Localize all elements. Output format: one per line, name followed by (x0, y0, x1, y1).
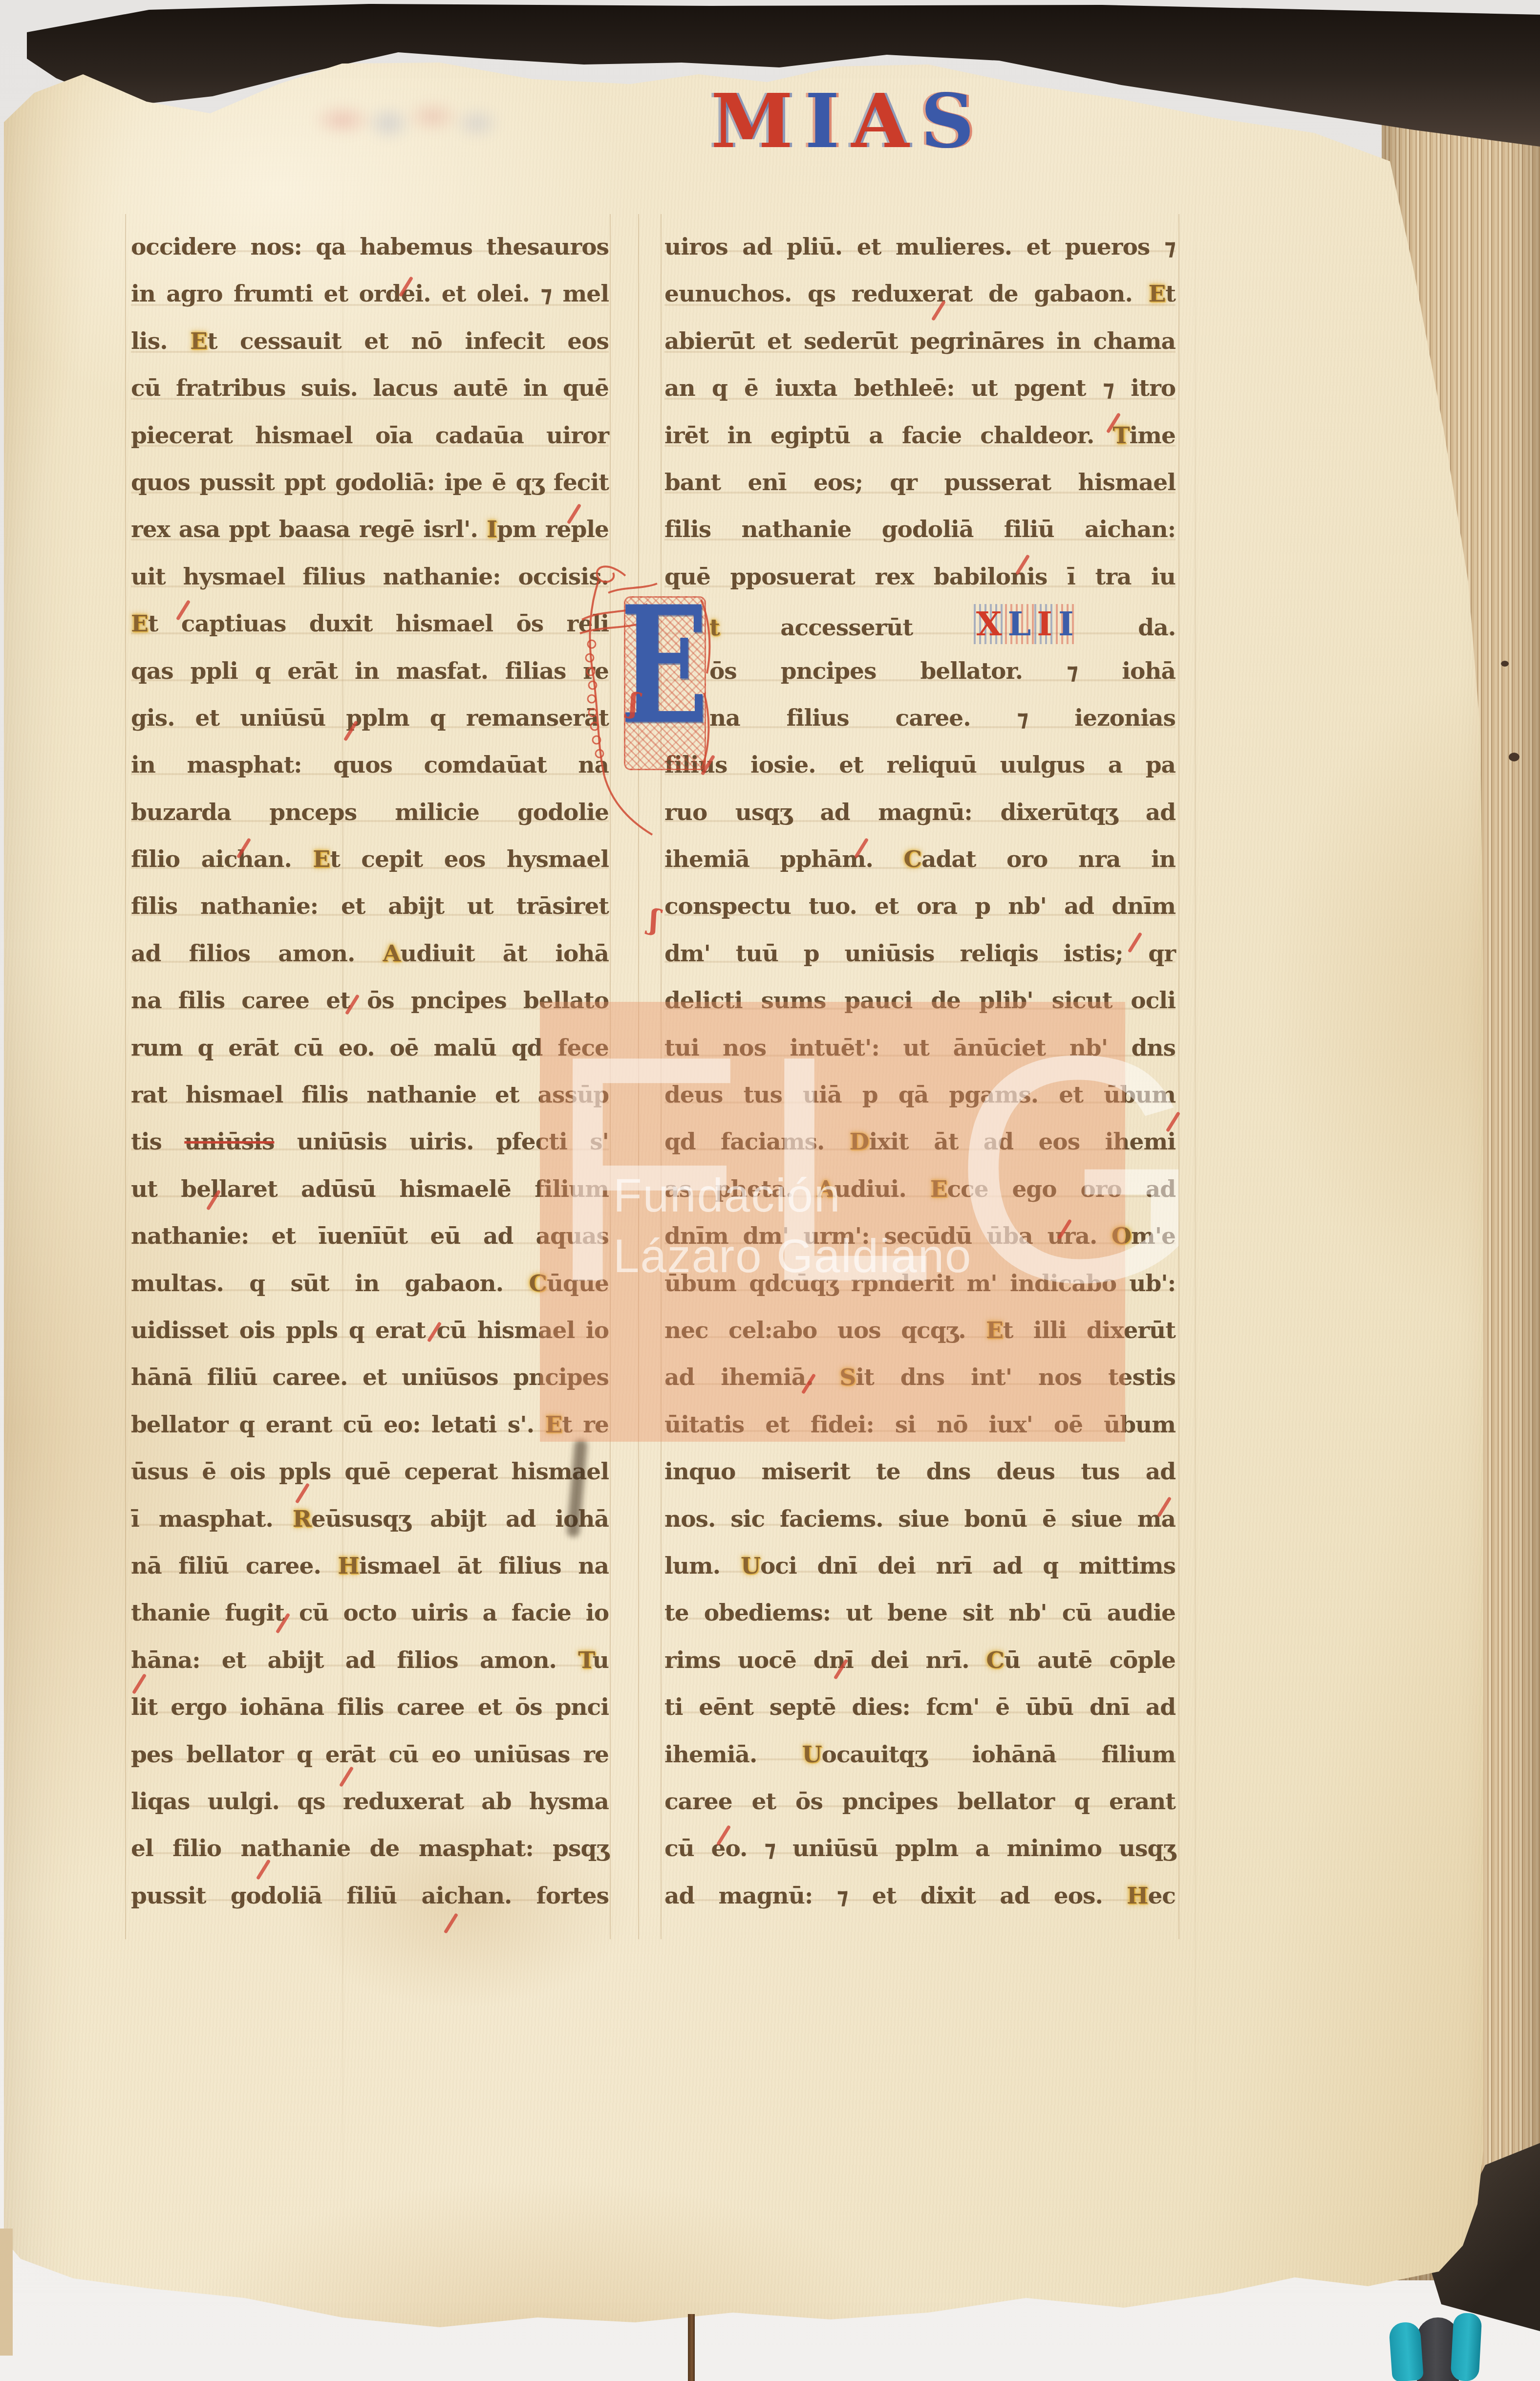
text-line: bant enī eos; qr pusserat hismael (664, 459, 1176, 506)
text-line: ad ihemiā. Sit dns int' nos testis (664, 1354, 1176, 1401)
text: m'e (1131, 1223, 1176, 1250)
text-line: ut bellaret adūsū hismaelē filium (131, 1166, 609, 1213)
text: nā filiū caree. (131, 1553, 338, 1580)
text-line: ad filios amon. Audiuit āt iohā (131, 931, 609, 977)
text-line: ad magnū: ⁊ et dixit ad eos. Hec (664, 1873, 1176, 1920)
text-column-right: uiros ad pliū. et mulieres. et pueros ⁊e… (664, 224, 1176, 1920)
text-line: na filis caree et ōs pncipes bellato (131, 977, 609, 1024)
text-line: Et captiuas duxit hismael ōs reli (131, 601, 609, 648)
text: t cessauit et nō infecit eos (207, 328, 609, 355)
text-line: nec cel:abo uos qcqʒ. Et illi dixerūt (664, 1307, 1176, 1354)
text-line: hāna: et abijt ad filios amon. Tu (131, 1637, 609, 1684)
text: ime (1130, 422, 1176, 449)
text: buzarda pnceps milicie godolie (131, 799, 609, 826)
text: u (593, 1647, 609, 1674)
text-line: piecerat hismael oīa cadaūa uiror (131, 412, 609, 459)
text: ī masphat. (131, 1506, 293, 1533)
text: filio aichan. (131, 846, 313, 873)
text-line: tis uniūsis uniūsis uiris. pfecti s' (131, 1119, 609, 1166)
text-line: quos pussit ppt godoliā: ipe ē qʒ fecit (131, 459, 609, 506)
text: pes bellator q erāt cū eo uniūsas re (131, 1741, 609, 1768)
gold-text: T (578, 1647, 593, 1674)
strike-text: uniūsis (184, 1128, 274, 1155)
gold-text: E (986, 1317, 1003, 1344)
gold-text: H (338, 1553, 359, 1580)
chapter-numeral-letter: I (1034, 604, 1056, 644)
text-line: rat hismael filis nathanie et assūp (131, 1072, 609, 1119)
text: dnīm dm' urm': secūdū ūba ura. (664, 1223, 1112, 1250)
text: cū eo. ⁊ uniūsū pplm a minimo usqʒ (664, 1835, 1176, 1862)
text: te obediems: ut bene sit nb' cū audie (664, 1600, 1176, 1626)
text-line: lum. Uoci dnī dei nrī ad q mittims (664, 1543, 1176, 1590)
text: lis. (131, 328, 190, 355)
text-line: conspectu tuo. et ora p nb' ad dnīm (664, 883, 1176, 930)
fore-edge-spot (1509, 753, 1519, 761)
text: filis nathanie: et abijt ut trāsiret (131, 893, 609, 920)
text: udiuit āt iohā (400, 940, 609, 967)
gold-text: E (190, 328, 207, 355)
text: rims uocē dnī dei nrī. (664, 1647, 986, 1674)
gold-text: E (1148, 281, 1165, 307)
text-line: in agro frumti et ordei. et olei. ⁊ mel (131, 271, 609, 318)
text: filius iosie. et reliquū uulgus a pa (664, 752, 1176, 779)
gold-text: U (741, 1553, 760, 1580)
text: caree et ōs pncipes bellator q erant (664, 1788, 1176, 1815)
text-line: lis. Et cessauit et nō infecit eos (131, 318, 609, 365)
text-line: ōs pncipes bellator. ⁊ iohā (664, 648, 1176, 695)
text: irēt in egiptū a facie chaldeor. (664, 422, 1113, 449)
text: rex asa ppt baasa regē isrl'. (131, 516, 487, 543)
text-line: an q ē iuxta bethleē: ut pgent ⁊ itro (664, 365, 1176, 412)
text: da. (1077, 614, 1176, 641)
text: uiros ad pliū. et mulieres. et pueros ⁊ (664, 234, 1176, 260)
text-line: pes bellator q erāt cū eo uniūsas re (131, 1732, 609, 1778)
ink-bleedthrough-smudge (313, 87, 513, 153)
text-line: filis nathanie: et abijt ut trāsiret (131, 883, 609, 930)
text-line: ūbum qdcūqʒ rpnderit m' indicabo ub': (664, 1260, 1176, 1307)
ruling-line (1178, 214, 1179, 1939)
text: abierūt et sederūt pegrināres in chama (664, 328, 1176, 355)
text-line: nā filiū caree. Hismael āt filius na (131, 1543, 609, 1590)
text-line: quē pposuerat rex babilonis ī tra iu (664, 554, 1176, 601)
text: it dns int' nos testis (856, 1364, 1176, 1391)
text: rum q erāt cū eo. oē malū qd fece (131, 1035, 609, 1061)
text: an q ē iuxta bethleē: ut pgent ⁊ itro (664, 375, 1176, 402)
text: filis nathanie godoliā filiū aichan: (664, 516, 1176, 543)
text: bellator q erant cū eo: letati s'. (131, 1411, 545, 1438)
text-line: ti eēnt septē dies: fcm' ē ūbū dnī ad (664, 1684, 1176, 1731)
illuminated-initial-block: E (579, 546, 718, 844)
text: delicti sums pauci de plib' sicut ocli (664, 987, 1176, 1014)
text: deus tus uiā p qā pgams. et ūbum (664, 1082, 1176, 1108)
text: cū fratribus suis. lacus autē in quē (131, 375, 609, 402)
text: ixit āt ad eos ihemi (869, 1128, 1176, 1155)
text: nathanie: et īuenīūt eū ad aquas (131, 1223, 609, 1250)
text-line: dnīm dm' urm': secūdū ūba ura. Om'e (664, 1213, 1176, 1260)
text-line: ihemiā pphām. Cadat oro nra in (664, 836, 1176, 883)
gold-text: A (383, 940, 400, 967)
text: inquo miserit te dns deus tus ad (664, 1458, 1176, 1485)
text-line: ūitatis et fidei: si nō iux' oē ūbum (664, 1402, 1176, 1449)
text: tis (131, 1128, 184, 1155)
chapter-numeral-letter: I (1056, 604, 1077, 644)
text: ūbum qdcūqʒ rpnderit m' indicabo ub': (664, 1270, 1176, 1297)
text-line: dm' tuū p uniūsis reliqis istis; qr (664, 931, 1176, 977)
gold-text: C (986, 1647, 1004, 1674)
running-title-letter: S (920, 84, 974, 162)
text: na filis caree et ōs pncipes bellato (131, 987, 609, 1014)
text-column-left: occidere nos: qa habemus thesaurosin agr… (131, 224, 609, 1920)
text-line: qas ppli q erāt in masfat. filias re (131, 648, 609, 695)
text: ihemiā. (664, 1741, 802, 1768)
text-line: te obediems: ut bene sit nb' cū audie (664, 1590, 1176, 1637)
chapter-numeral-letter: L (1005, 604, 1034, 644)
text: tui nos intuēt': ut ānūciet nb' dns (664, 1035, 1176, 1061)
text: ad filios amon. (131, 940, 383, 967)
text-line: delicti sums pauci de plib' sicut ocli (664, 977, 1176, 1024)
chapter-numeral-letter: X (974, 604, 1005, 644)
text-line: thanie fugit cū octo uiris a facie io (131, 1590, 609, 1637)
text-line: na filius caree. ⁊ iezonias (664, 695, 1176, 742)
text: occidere nos: qa habemus thesauros (131, 234, 609, 260)
gold-text: C (904, 846, 921, 873)
text: cce ego oro ad (947, 1176, 1176, 1203)
text: ti eēnt septē dies: fcm' ē ūbū dnī ad (664, 1694, 1176, 1721)
text: in agro frumti et ordei. et olei. ⁊ mel (131, 281, 609, 307)
text-line: gis. et uniūsū pplm q remanserāt (131, 695, 609, 742)
text: conspectu tuo. et ora p nb' ad dnīm (664, 893, 1176, 920)
text: adat oro nra in (921, 846, 1176, 873)
text-line: filis nathanie godoliā filiū aichan: (664, 506, 1176, 553)
text-line: ūsus ē ois ppls quē ceperat hismael (131, 1449, 609, 1495)
running-title: MIAS (711, 84, 974, 162)
parchment-crease (1195, 156, 1196, 2233)
text-line: bellator q erant cū eo: letati s'. Et re (131, 1402, 609, 1449)
text-line: ī masphat. Reūsusqʒ abijt ad iohā (131, 1496, 609, 1543)
text: liqas uulgi. qs reduxerat ab hysma (131, 1788, 609, 1815)
text: accesserūt (720, 614, 974, 641)
text-line: caree et ōs pncipes bellator q erant (664, 1778, 1176, 1825)
text: qd faciams. (664, 1128, 850, 1155)
text-line: ruo usqʒ ad magnū: dixerūtqʒ ad (664, 789, 1176, 836)
text: ut bellaret adūsū hismaelē filium (131, 1176, 609, 1203)
under-page-edge (0, 2229, 13, 2356)
text: ec (1148, 1883, 1176, 1909)
text-line: uit hysmael filius nathanie: occisis. (131, 554, 609, 601)
text: ismael āt filius na (359, 1553, 609, 1580)
gold-text: E (545, 1411, 562, 1438)
text: uit hysmael filius nathanie: occisis. (131, 563, 609, 590)
ruling-line (661, 214, 662, 1939)
gold-text: I (487, 516, 497, 543)
text-line: irēt in egiptū a facie chaldeor. Time (664, 412, 1176, 459)
text-line: multas. q sūt in gabaon. Cūque (131, 1260, 609, 1307)
text: udiui. (834, 1176, 930, 1203)
text: ōs pncipes bellator. ⁊ iohā (709, 658, 1176, 685)
clamp-teal-right (1450, 2313, 1482, 2381)
gold-text: U (802, 1741, 822, 1768)
text: piecerat hismael oīa cadaūa uiror (131, 422, 609, 449)
chapter-opening-line: t accesserūt XLII da. (664, 601, 1176, 648)
text: ad magnū: ⁊ et dixit ad eos. (664, 1883, 1127, 1909)
text-line: abierūt et sederūt pegrināres in chama (664, 318, 1176, 365)
text: el filio nathanie de masphat: psqʒ (131, 1835, 609, 1862)
text: ruo usqʒ ad magnū: dixerūtqʒ ad (664, 799, 1176, 826)
gold-text: E (131, 610, 148, 637)
gold-text: C (529, 1270, 546, 1297)
illuminated-initial-letter: E (620, 584, 708, 746)
text-line: eunuchos. qs reduxerat de gabaon. Et (664, 271, 1176, 318)
text: ūitatis et fidei: si nō iux' oē ūbum (664, 1411, 1176, 1438)
text: lit ergo iohāna filis caree et ōs pnci (131, 1694, 609, 1721)
text: eūsusqʒ abijt ad iohā (311, 1506, 609, 1533)
text-line: ihemiā. Uocauitqʒ iohānā filium (664, 1732, 1176, 1778)
text: quos pussit ppt godoliā: ipe ē qʒ fecit (131, 469, 609, 496)
text-line: filio aichan. Et cepit eos hysmael (131, 836, 609, 883)
text: bant enī eos; qr pusserat hismael (664, 469, 1176, 496)
running-title-letter: M (711, 84, 793, 162)
text: uidisset ois ppls q erat cū hismael io (131, 1317, 609, 1344)
text: ūque (547, 1270, 609, 1297)
running-title-letter: A (851, 84, 909, 162)
text-line: qd faciams. Dixit āt ad eos ihemi (664, 1119, 1176, 1166)
hanging-cord (688, 2314, 695, 2381)
text: ū autē cōple (1004, 1647, 1176, 1674)
text-line: rims uocē dnī dei nrī. Cū autē cōple (664, 1637, 1176, 1684)
ruling-line (638, 214, 639, 1939)
text-line: filius iosie. et reliquū uulgus a pa (664, 742, 1176, 789)
text-line: uiros ad pliū. et mulieres. et pueros ⁊ (664, 224, 1176, 271)
text: quē pposuerat rex babilonis ī tra iu (664, 563, 1176, 590)
gold-text: R (293, 1506, 311, 1533)
text: ūsus ē ois ppls quē ceperat hismael (131, 1458, 609, 1485)
gold-text: S (839, 1364, 856, 1391)
text: rat hismael filis nathanie et assūp (131, 1082, 609, 1108)
text-line: rum q erāt cū eo. oē malū qd fece (131, 1025, 609, 1072)
text-line: as pheta. Audiui. Ecce ego oro ad (664, 1166, 1176, 1213)
text: oci dnī dei nrī ad q mittims (760, 1553, 1176, 1580)
gold-text: E (930, 1176, 947, 1203)
gold-text: O (1112, 1223, 1131, 1250)
ruling-line (125, 214, 126, 1939)
text: hānā filiū caree. et uniūsos pncipes (131, 1364, 609, 1391)
text: t illi dixerūt (1003, 1317, 1176, 1344)
text-line: in masphat: quos comdaūat na (131, 742, 609, 789)
text-line: liqas uulgi. qs reduxerat ab hysma (131, 1778, 609, 1825)
text: nos. sic faciems. siue bonū ē siue ma (664, 1506, 1176, 1533)
text: thanie fugit cū octo uiris a facie io (131, 1600, 609, 1626)
text-line: cū eo. ⁊ uniūsū pplm a minimo usqʒ (664, 1825, 1176, 1872)
fore-edge-spot (1501, 661, 1509, 667)
text: t captiuas duxit hismael ōs reli (148, 610, 609, 637)
text-line: occidere nos: qa habemus thesauros (131, 224, 609, 271)
gold-text: A (817, 1176, 834, 1203)
text: t re (562, 1411, 609, 1438)
text-line: uidisset ois ppls q erat cū hismael io (131, 1307, 609, 1354)
text: pussit godoliā filiū aichan. fortes (131, 1883, 609, 1909)
gold-text: H (1127, 1883, 1148, 1909)
gold-text: D (850, 1128, 869, 1155)
text-line: buzarda pnceps milicie godolie (131, 789, 609, 836)
text-line: el filio nathanie de masphat: psqʒ (131, 1825, 609, 1872)
text-line: deus tus uiā p qā pgams. et ūbum (664, 1072, 1176, 1119)
gold-text: E (313, 846, 330, 873)
text: nec cel:abo uos qcqʒ. (664, 1317, 986, 1344)
text: lum. (664, 1553, 741, 1580)
text-line: cū fratribus suis. lacus autē in quē (131, 365, 609, 412)
text: na filius caree. ⁊ iezonias (709, 705, 1176, 732)
text-line: inquo miserit te dns deus tus ad (664, 1449, 1176, 1495)
running-title-letter: I (805, 84, 839, 162)
text: as pheta. (664, 1176, 817, 1203)
clamp-teal-left (1389, 2321, 1424, 2381)
text: uniūsis uiris. pfecti s' (274, 1128, 609, 1155)
text-line: hānā filiū caree. et uniūsos pncipes (131, 1354, 609, 1401)
text: eunuchos. qs reduxerat de gabaon. (664, 281, 1148, 307)
gold-text: T (1113, 422, 1130, 449)
ruling-line (610, 214, 611, 1939)
text: dm' tuū p uniūsis reliqis istis; qr (664, 940, 1176, 967)
text-line: pussit godoliā filiū aichan. fortes (131, 1873, 609, 1920)
text: ocauitqʒ iohānā filium (822, 1741, 1176, 1768)
text: pm reple (497, 516, 609, 543)
text: hāna: et abijt ad filios amon. (131, 1647, 578, 1674)
text: t (1165, 281, 1176, 307)
text: t cepit eos hysmael (330, 846, 609, 873)
text-line: rex asa ppt baasa regē isrl'. Ipm reple (131, 506, 609, 553)
text-line: tui nos intuēt': ut ānūciet nb' dns (664, 1025, 1176, 1072)
text-line: lit ergo iohāna filis caree et ōs pnci (131, 1684, 609, 1731)
text-line: nos. sic faciems. siue bonū ē siue ma (664, 1496, 1176, 1543)
text: gis. et uniūsū pplm q remanserāt (131, 705, 609, 732)
text: in masphat: quos comdaūat na (131, 752, 609, 779)
text: qas ppli q erāt in masfat. filias re (131, 658, 609, 685)
text: ihemiā pphām. (664, 846, 904, 873)
text-line: nathanie: et īuenīūt eū ad aquas (131, 1213, 609, 1260)
text: multas. q sūt in gabaon. (131, 1270, 529, 1297)
